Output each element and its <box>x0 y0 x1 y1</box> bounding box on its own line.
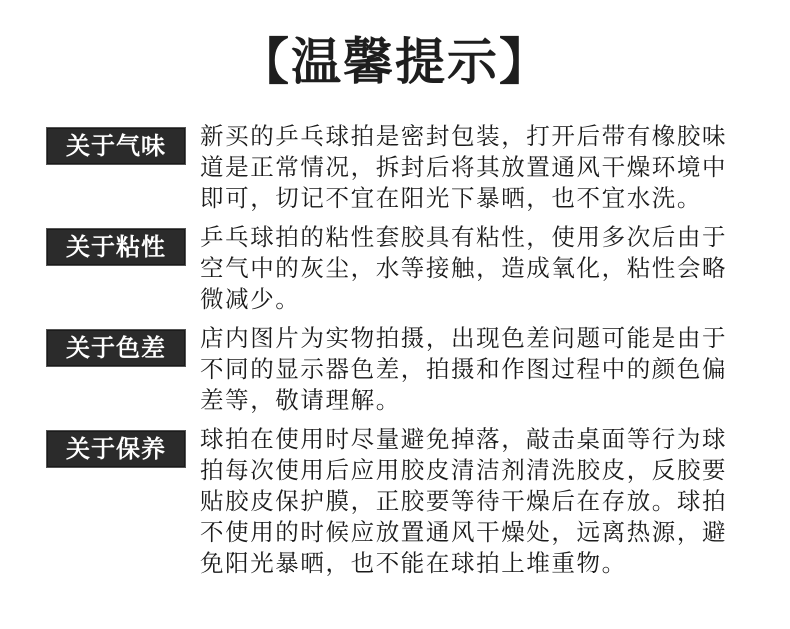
body-line: 道是正常情况，拆封后将其放置通风干燥环境中 <box>200 152 752 183</box>
section-body: 新买的乒乓球拍是密封包装，打开后带有橡胶味 道是正常情况，拆封后将其放置通风干燥… <box>200 121 752 214</box>
section-body: 乒乓球拍的粘性套胶具有粘性，使用多次后由于 空气中的灰尘，水等接触，造成氧化，粘… <box>200 222 752 315</box>
body-line: 拍每次使用后应用胶皮清洁剂清洗胶皮，反胶要 <box>200 455 752 486</box>
section-label: 关于粘性 <box>46 228 186 266</box>
body-line: 微减少。 <box>200 284 752 315</box>
body-line: 球拍在使用时尽量避免掉落，敲击桌面等行为球 <box>200 424 752 455</box>
body-line: 空气中的灰尘，水等接触，造成氧化，粘性会略 <box>200 253 752 284</box>
section-body: 球拍在使用时尽量避免掉落，敲击桌面等行为球 拍每次使用后应用胶皮清洁剂清洗胶皮，… <box>200 424 752 579</box>
body-line: 贴胶皮保护膜，正胶要等待干燥后在存放。球拍 <box>200 486 752 517</box>
body-line: 不同的显示器色差，拍摄和作图过程中的颜色偏 <box>200 354 752 385</box>
section-label: 关于保养 <box>46 430 186 468</box>
body-line: 新买的乒乓球拍是密封包装，打开后带有橡胶味 <box>200 121 752 152</box>
body-line: 乒乓球拍的粘性套胶具有粘性，使用多次后由于 <box>200 222 752 253</box>
body-line: 店内图片为实物拍摄，出现色差问题可能是由于 <box>200 323 752 354</box>
body-line: 差等，敬请理解。 <box>200 385 752 416</box>
section-label: 关于色差 <box>46 329 186 367</box>
section-body: 店内图片为实物拍摄，出现色差问题可能是由于 不同的显示器色差，拍摄和作图过程中的… <box>200 323 752 416</box>
page-title: 【温馨提示】 <box>0 30 790 94</box>
body-line: 不使用的时候应放置通风干燥处，远离热源，避 <box>200 517 752 548</box>
body-line: 免阳光暴晒，也不能在球拍上堆重物。 <box>200 548 752 579</box>
body-line: 即可，切记不宜在阳光下暴晒，也不宜水洗。 <box>200 183 752 214</box>
section-label: 关于气味 <box>46 127 186 165</box>
